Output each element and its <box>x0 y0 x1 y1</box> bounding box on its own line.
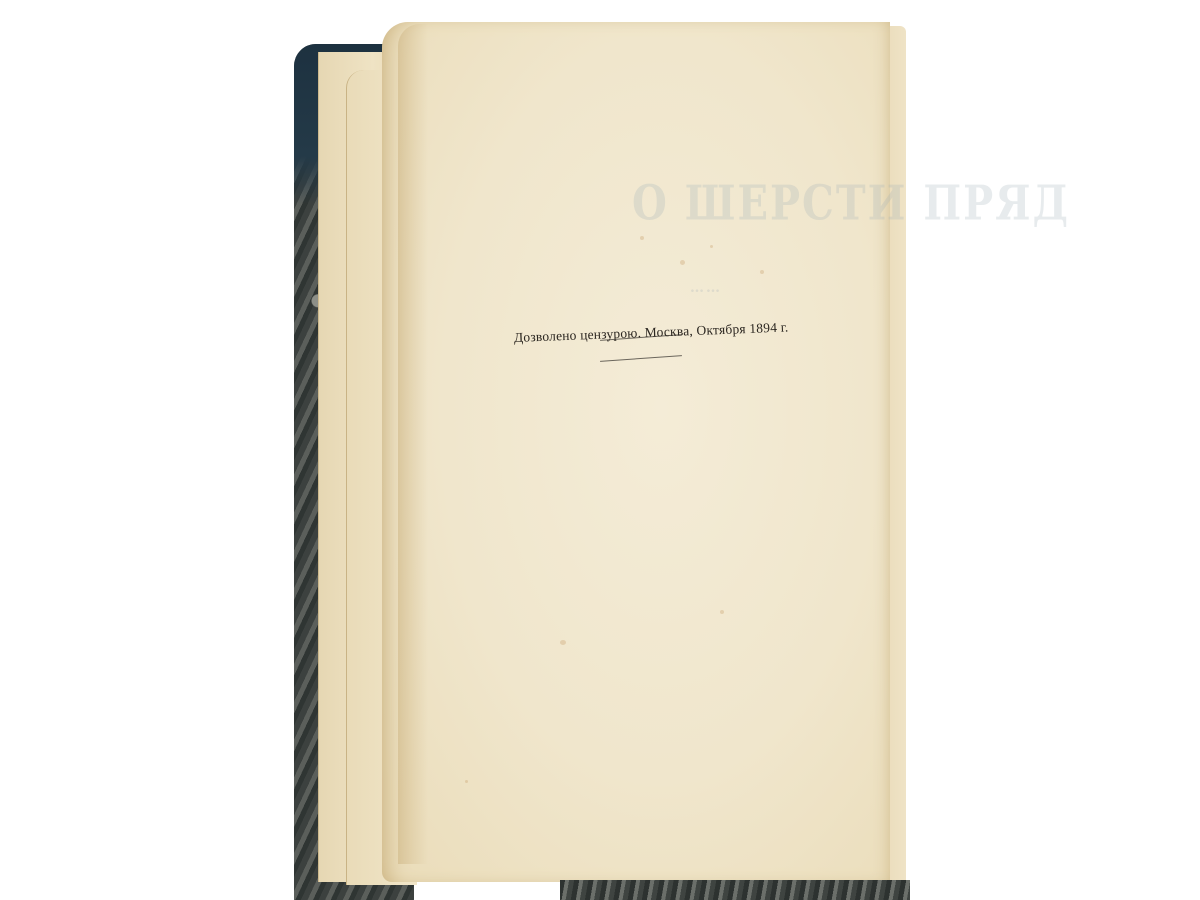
foxing-spot <box>465 780 468 783</box>
cover-bottom-edge <box>560 880 910 900</box>
foxing-spot <box>560 640 566 645</box>
book-photo: О ШЕРСТИ ПРЯД …… Дозволено цензурою. Мос… <box>0 0 1200 900</box>
foxing-spot <box>710 245 713 248</box>
foxing-spot <box>720 610 724 614</box>
book-page <box>382 22 890 882</box>
foxing-spot <box>680 260 685 265</box>
page-fold-shadow <box>398 24 428 864</box>
bleed-through-title: О ШЕРСТИ ПРЯД <box>632 175 1070 231</box>
foxing-spot <box>760 270 764 274</box>
bleed-through-subtitle: …… <box>690 280 722 296</box>
foxing-spot <box>640 236 644 240</box>
